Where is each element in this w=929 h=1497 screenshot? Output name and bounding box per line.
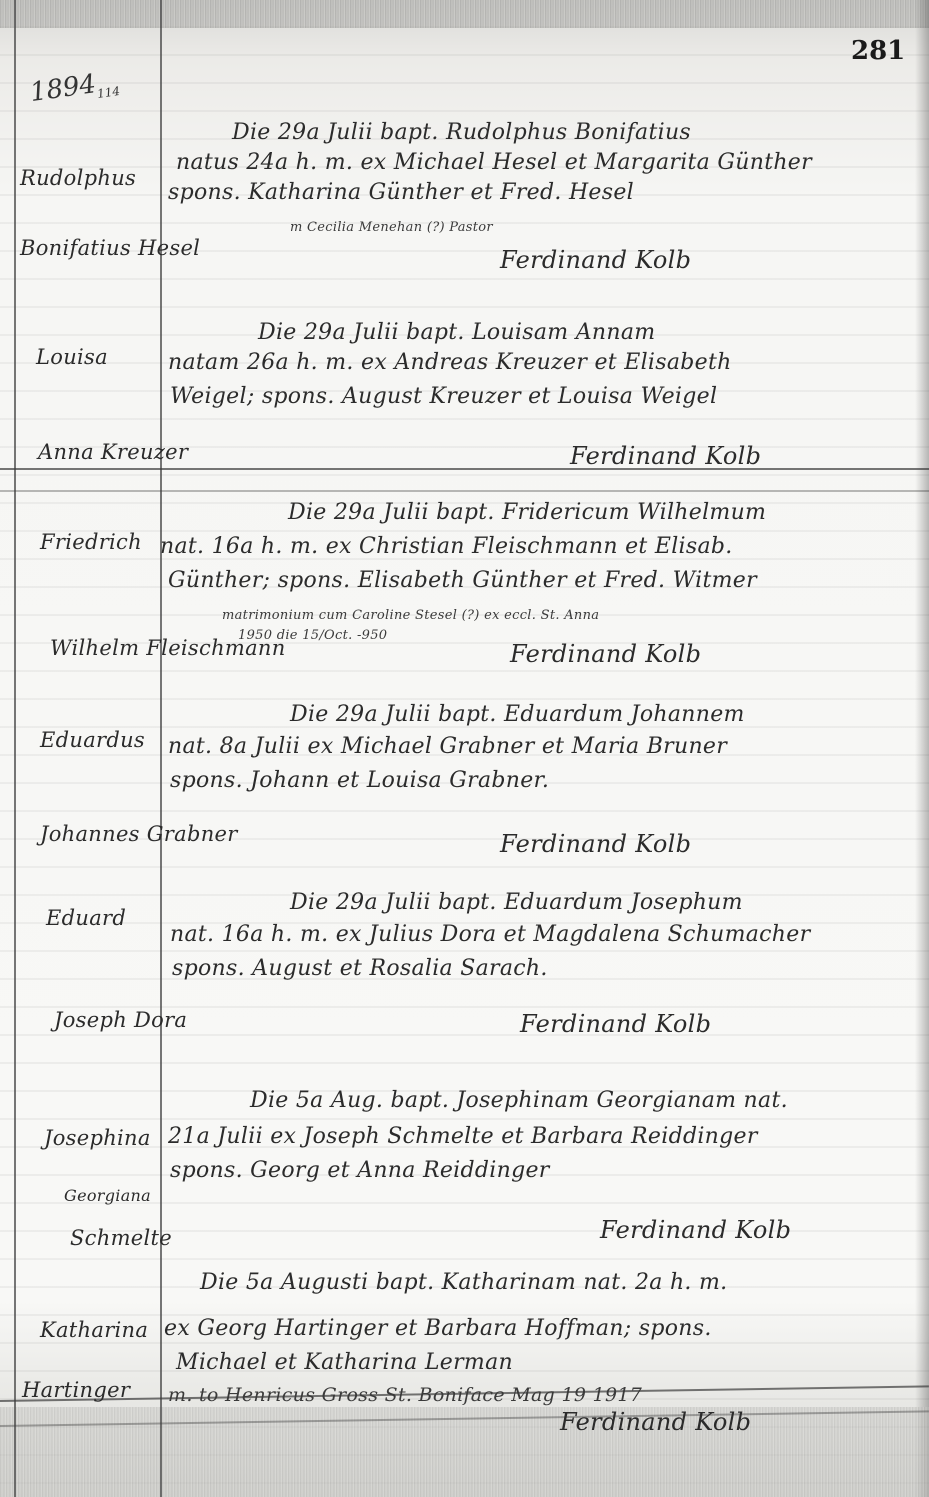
entry-line: spons. Johann et Louisa Grabner. bbox=[170, 768, 549, 793]
entry-line: spons. Georg et Anna Reiddinger bbox=[170, 1158, 550, 1183]
priest-signature: Ferdinand Kolb bbox=[560, 1408, 751, 1436]
priest-signature: Ferdinand Kolb bbox=[600, 1216, 791, 1244]
entry-line: Günther; spons. Elisabeth Günther et Fre… bbox=[168, 568, 757, 593]
margin-name: Anna Kreuzer bbox=[38, 440, 188, 464]
entry-line: Weigel; spons. August Kreuzer et Louisa … bbox=[170, 384, 717, 409]
entry-line: natus 24a h. m. ex Michael Hesel et Marg… bbox=[176, 150, 812, 175]
year-note: 1894114 bbox=[28, 66, 121, 110]
entry-line: ex Georg Hartinger et Barbara Hoffman; s… bbox=[164, 1316, 712, 1341]
margin-name: Eduardus bbox=[40, 728, 145, 752]
entry-line: Michael et Katharina Lerman bbox=[176, 1350, 513, 1375]
entry-line: Die 29a Julii bapt. Louisam Annam bbox=[258, 320, 655, 345]
entry-line: Die 29a Julii bapt. Eduardum Johannem bbox=[290, 702, 745, 727]
entry-line: Die 29a Julii bapt. Rudolphus Bonifatius bbox=[232, 120, 691, 145]
scan-top-edge bbox=[0, 0, 929, 28]
priest-signature: Ferdinand Kolb bbox=[520, 1010, 711, 1038]
margin-name: Josephina bbox=[44, 1126, 151, 1150]
priest-signature: Ferdinand Kolb bbox=[500, 246, 691, 274]
year-text: 1894 bbox=[28, 69, 98, 108]
entry-line: 21a Julii ex Joseph Schmelte et Barbara … bbox=[168, 1124, 758, 1149]
entry-line: spons. August et Rosalia Sarach. bbox=[172, 956, 548, 981]
margin-name: Georgiana bbox=[64, 1186, 151, 1205]
entry-line: natam 26a h. m. ex Andreas Kreuzer et El… bbox=[168, 350, 732, 375]
margin-annotation: 1950 die 15/Oct. -950 bbox=[238, 628, 387, 643]
entry-line: Die 29a Julii bapt. Fridericum Wilhelmum bbox=[288, 500, 766, 525]
margin-name: Eduard bbox=[46, 906, 126, 930]
entry-line: nat. 8a Julii ex Michael Grabner et Mari… bbox=[168, 734, 727, 759]
margin-name: Johannes Grabner bbox=[40, 822, 238, 846]
entry-separator bbox=[0, 490, 929, 492]
priest-signature: Ferdinand Kolb bbox=[500, 830, 691, 858]
year-suffix: 114 bbox=[96, 84, 121, 101]
entry-line: spons. Katharina Günther et Fred. Hesel bbox=[168, 180, 634, 205]
margin-annotation: m. to Henricus Gross St. Boniface Mag 19… bbox=[168, 1384, 642, 1406]
margin-name: Louisa bbox=[36, 345, 108, 369]
margin-annotation: matrimonium cum Caroline Stesel (?) ex e… bbox=[222, 608, 599, 623]
entry-line: nat. 16a h. m. ex Christian Fleischmann … bbox=[160, 534, 733, 559]
scan-bottom-edge bbox=[0, 1407, 929, 1497]
margin-name: Bonifatius Hesel bbox=[20, 236, 200, 260]
margin-annotation: m Cecilia Menehan (?) Pastor bbox=[290, 220, 493, 235]
margin-name: Joseph Dora bbox=[54, 1008, 187, 1032]
margin-name: Katharina bbox=[40, 1318, 148, 1342]
margin-name: Rudolphus bbox=[20, 166, 136, 190]
scan-right-edge bbox=[915, 0, 929, 1497]
priest-signature: Ferdinand Kolb bbox=[570, 442, 761, 470]
page-number: 281 bbox=[851, 36, 905, 66]
margin-name: Schmelte bbox=[70, 1226, 172, 1250]
margin-rule-inner bbox=[160, 0, 162, 1497]
entry-separator bbox=[0, 468, 929, 470]
entry-line: Die 5a Aug. bapt. Josephinam Georgianam … bbox=[250, 1088, 788, 1113]
margin-name: Friedrich bbox=[40, 530, 142, 554]
priest-signature: Ferdinand Kolb bbox=[510, 640, 701, 668]
register-page: 281 1894114 Rudolphus Bonifatius Hesel D… bbox=[0, 0, 929, 1497]
entry-line: Die 5a Augusti bapt. Katharinam nat. 2a … bbox=[200, 1270, 727, 1295]
entry-line: nat. 16a h. m. ex Julius Dora et Magdale… bbox=[170, 922, 810, 947]
margin-rule-outer bbox=[14, 0, 16, 1497]
margin-name: Hartinger bbox=[22, 1378, 130, 1402]
entry-line: Die 29a Julii bapt. Eduardum Josephum bbox=[290, 890, 743, 915]
